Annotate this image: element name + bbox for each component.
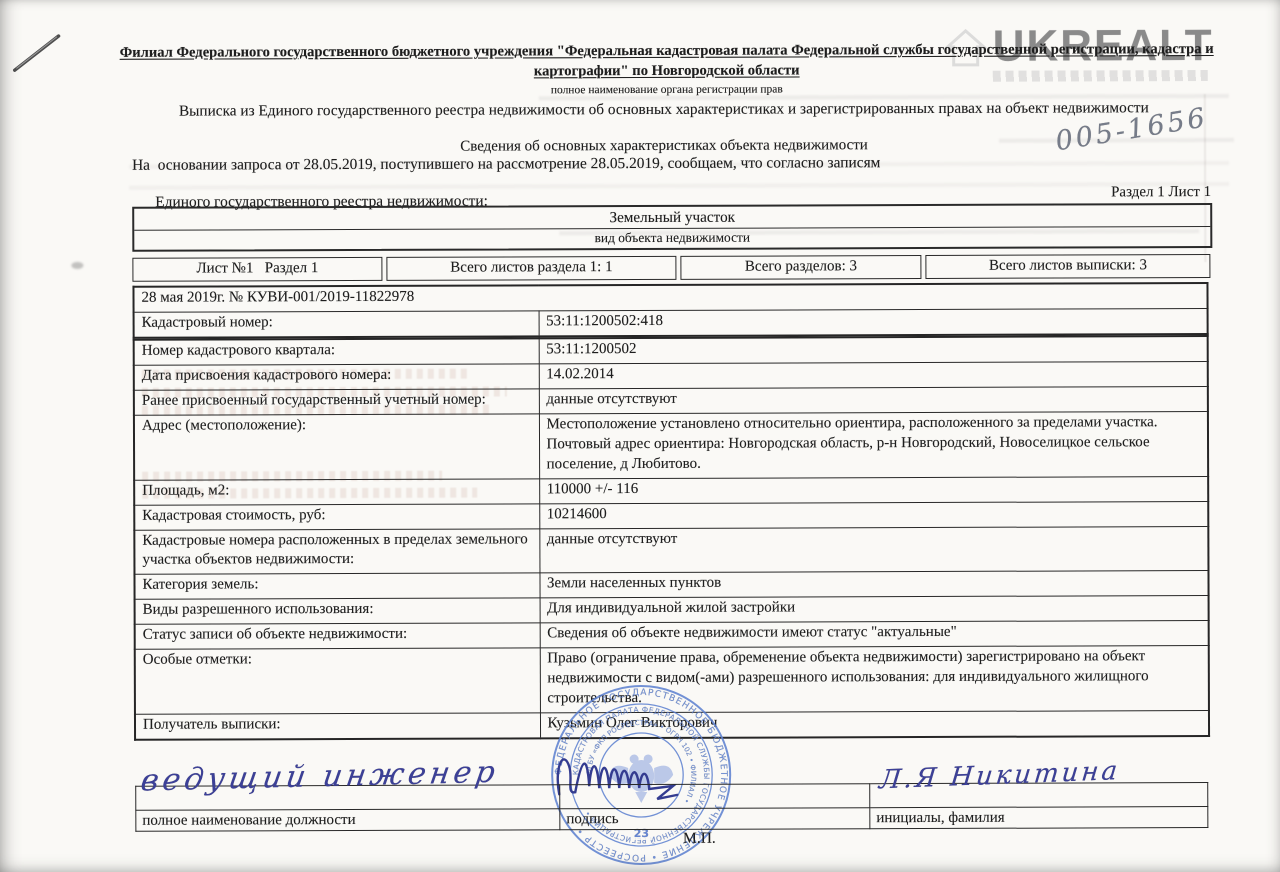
table-row: Площадь, м2: 110000 +/- 116	[134, 476, 1208, 505]
row-label: Особые отметки:	[135, 648, 540, 714]
sheet-number-cell: Лист №1 Раздел 1	[132, 257, 382, 282]
signature-caption-row: полное наименование должности подпись ин…	[136, 807, 1208, 832]
sign-caption: подпись	[560, 808, 870, 830]
table-row: Номер кадастрового квартала: 53:11:12005…	[134, 336, 1208, 365]
row-label: Статус записи об объекте недвижимости:	[135, 623, 540, 649]
position-caption: полное наименование должности	[136, 809, 560, 831]
row-label: Номер кадастрового квартала:	[134, 338, 539, 365]
row-label: Кадастровая стоимость, руб:	[134, 503, 539, 529]
table-row: Статус записи об объекте недвижимости: С…	[135, 621, 1209, 650]
table-row: 28 мая 2019г. № КУВИ-001/2019-11822978	[133, 283, 1207, 312]
section-sheet-reference: Раздел 1 Лист 1	[1111, 184, 1211, 201]
name-caption: инициалы, фамилия	[870, 807, 1208, 829]
row-value: Местоположение установлено относительно …	[539, 411, 1208, 478]
row-value: Земли населенных пунктов	[539, 571, 1208, 598]
row-value: 53:11:1200502:418	[539, 308, 1208, 336]
row-value: 14.02.2014	[539, 361, 1208, 388]
object-type-caption: вид объекта недвижимости	[134, 227, 1210, 250]
scan-smudge	[71, 262, 83, 269]
row-value: данные отсутствуют	[539, 386, 1208, 413]
row-label: Адрес (местоположение):	[134, 414, 539, 480]
extract-sheets-total-cell: Всего листов выписки: 3	[925, 254, 1210, 279]
row-label: Кадастровые номера расположенных в преде…	[134, 528, 539, 574]
row-label: Виды разрешенного использования:	[135, 598, 540, 624]
org-name-caption: полное наименование органа регистрации п…	[117, 82, 1217, 98]
row-value: Сведения об объекте недвижимости имеют с…	[540, 621, 1209, 648]
row-value: Для индивидуальной жилой застройки	[540, 596, 1209, 623]
row-label: Ранее присвоенный государственный учетны…	[134, 389, 539, 415]
row-label: Кадастровый номер:	[134, 311, 539, 338]
table-row: Кадастровые номера расположенных в преде…	[134, 526, 1208, 575]
row-value: 110000 +/- 116	[539, 476, 1208, 503]
scanned-document-page: UKREALT Филиал Федерального государствен…	[0, 0, 1280, 872]
table-row: Категория земель: Земли населенных пункт…	[134, 571, 1208, 600]
table-row: Кадастровая стоимость, руб: 10214600	[134, 501, 1208, 530]
sections-total-cell: Всего разделов: 3	[680, 255, 921, 280]
section-sheets-total-cell: Всего листов раздела 1: 1	[386, 256, 676, 281]
row-label: Дата присвоения кадастрового номера:	[134, 364, 539, 390]
document-content: UKREALT Филиал Федерального государствен…	[0, 0, 1280, 872]
document-number-table: 28 мая 2019г. № КУВИ-001/2019-11822978 К…	[132, 282, 1208, 339]
row-label: Категория земель:	[134, 573, 539, 599]
row-value: 10214600	[539, 501, 1208, 528]
intro-line1: На основании запроса от 28.05.2019, пост…	[132, 154, 880, 174]
row-label: Получатель выписки:	[135, 713, 540, 740]
table-row: Виды разрешенного использования: Для инд…	[135, 596, 1209, 625]
row-value: 53:11:1200502	[539, 336, 1208, 364]
signature-cell	[560, 784, 870, 809]
doc-number-cell: 28 мая 2019г. № КУВИ-001/2019-11822978	[133, 283, 1207, 312]
table-row: Ранее присвоенный государственный учетны…	[134, 386, 1208, 415]
org-name-heading: Филиал Федерального государственного бюд…	[117, 40, 1217, 83]
object-type-box: Земельный участок вид объекта недвижимос…	[132, 203, 1212, 252]
seal-place-caption: М.П.	[639, 830, 759, 848]
pen-slash-mark	[5, 28, 75, 83]
table-row: Дата присвоения кадастрового номера: 14.…	[134, 361, 1208, 390]
document-title: Выписка из Единого государственного реес…	[109, 99, 1219, 121]
sheets-counter-row: Лист №1 Раздел 1 Всего листов раздела 1:…	[132, 254, 1210, 282]
table-row: Адрес (местоположение): Местоположение у…	[134, 411, 1208, 480]
table-row: Кадастровый номер: 53:11:1200502:418	[134, 308, 1208, 337]
row-label: Площадь, м2:	[134, 478, 539, 504]
row-value: данные отсутствуют	[539, 526, 1208, 573]
